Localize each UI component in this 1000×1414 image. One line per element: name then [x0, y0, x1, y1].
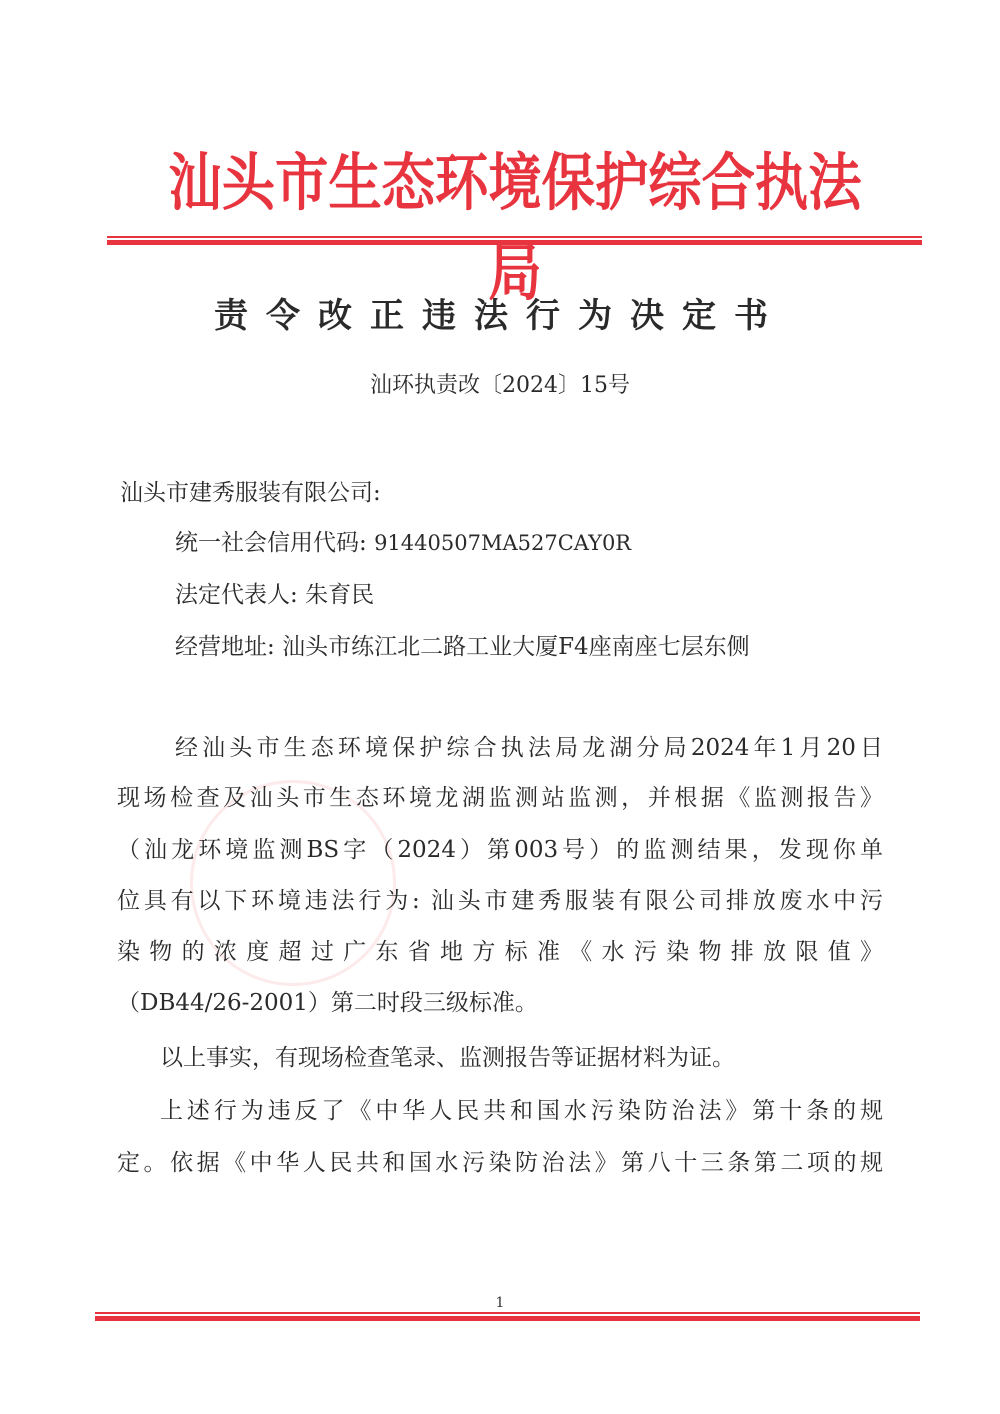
legal-rep-row: 法定代表人: 朱育民 [175, 580, 374, 610]
address-row: 经营地址: 汕头市练江北二路工业大厦F4座南座七层东侧 [175, 632, 750, 662]
masthead-divider-thick [107, 240, 922, 245]
document-number: 汕环执责改〔2024〕15号 [200, 368, 800, 399]
paragraph1-line-2: 现场检查及汕头市生态环境龙湖监测站监测，并根据《监测报告》 [117, 783, 883, 813]
legal-rep-value: 朱育民 [305, 582, 374, 608]
legal-rep-label: 法定代表人: [175, 582, 305, 608]
footer-divider-thick [95, 1316, 920, 1321]
credit-code-value: 91440507MA527CAY0R [374, 531, 631, 555]
paragraph1-line-4: 位具有以下环境违法行为: 汕头市建秀服装有限公司排放废水中污 [117, 886, 883, 916]
page-number: 1 [490, 1295, 510, 1311]
paragraph3-line-1: 上述行为违反了《中华人民共和国水污染防治法》第十条的规 [160, 1096, 883, 1126]
paragraph1-line-3: （汕龙环境监测BS字（2024）第003号）的监测结果，发现你单 [117, 835, 883, 865]
paragraph3-line-2: 定。依据《中华人民共和国水污染防治法》第八十三条第二项的规 [117, 1148, 883, 1178]
credit-code-row: 统一社会信用代码: 91440507MA527CAY0R [175, 528, 631, 558]
masthead-divider-thin [107, 236, 922, 238]
address-value: 汕头市练江北二路工业大厦F4座南座七层东侧 [282, 634, 750, 660]
paragraph1-line-1: 经汕头市生态环境保护综合执法局龙湖分局2024年1月20日 [175, 733, 883, 763]
footer-divider-thin [95, 1312, 920, 1314]
document-title: 责令改正违法行为决定书 [200, 288, 800, 337]
paragraph1-line-5: 染物的浓度超过广东省地方标准《水污染物排放限值》 [117, 937, 883, 967]
paragraph2: 以上事实，有现场检查笔录、监测报告等证据材料为证。 [160, 1043, 735, 1073]
credit-code-label: 统一社会信用代码: [175, 530, 374, 556]
address-label: 经营地址: [175, 634, 282, 660]
paragraph1-line-6: （DB44/26-2001）第二时段三级标准。 [117, 988, 538, 1018]
recipient-name: 汕头市建秀服装有限公司: [120, 478, 381, 508]
